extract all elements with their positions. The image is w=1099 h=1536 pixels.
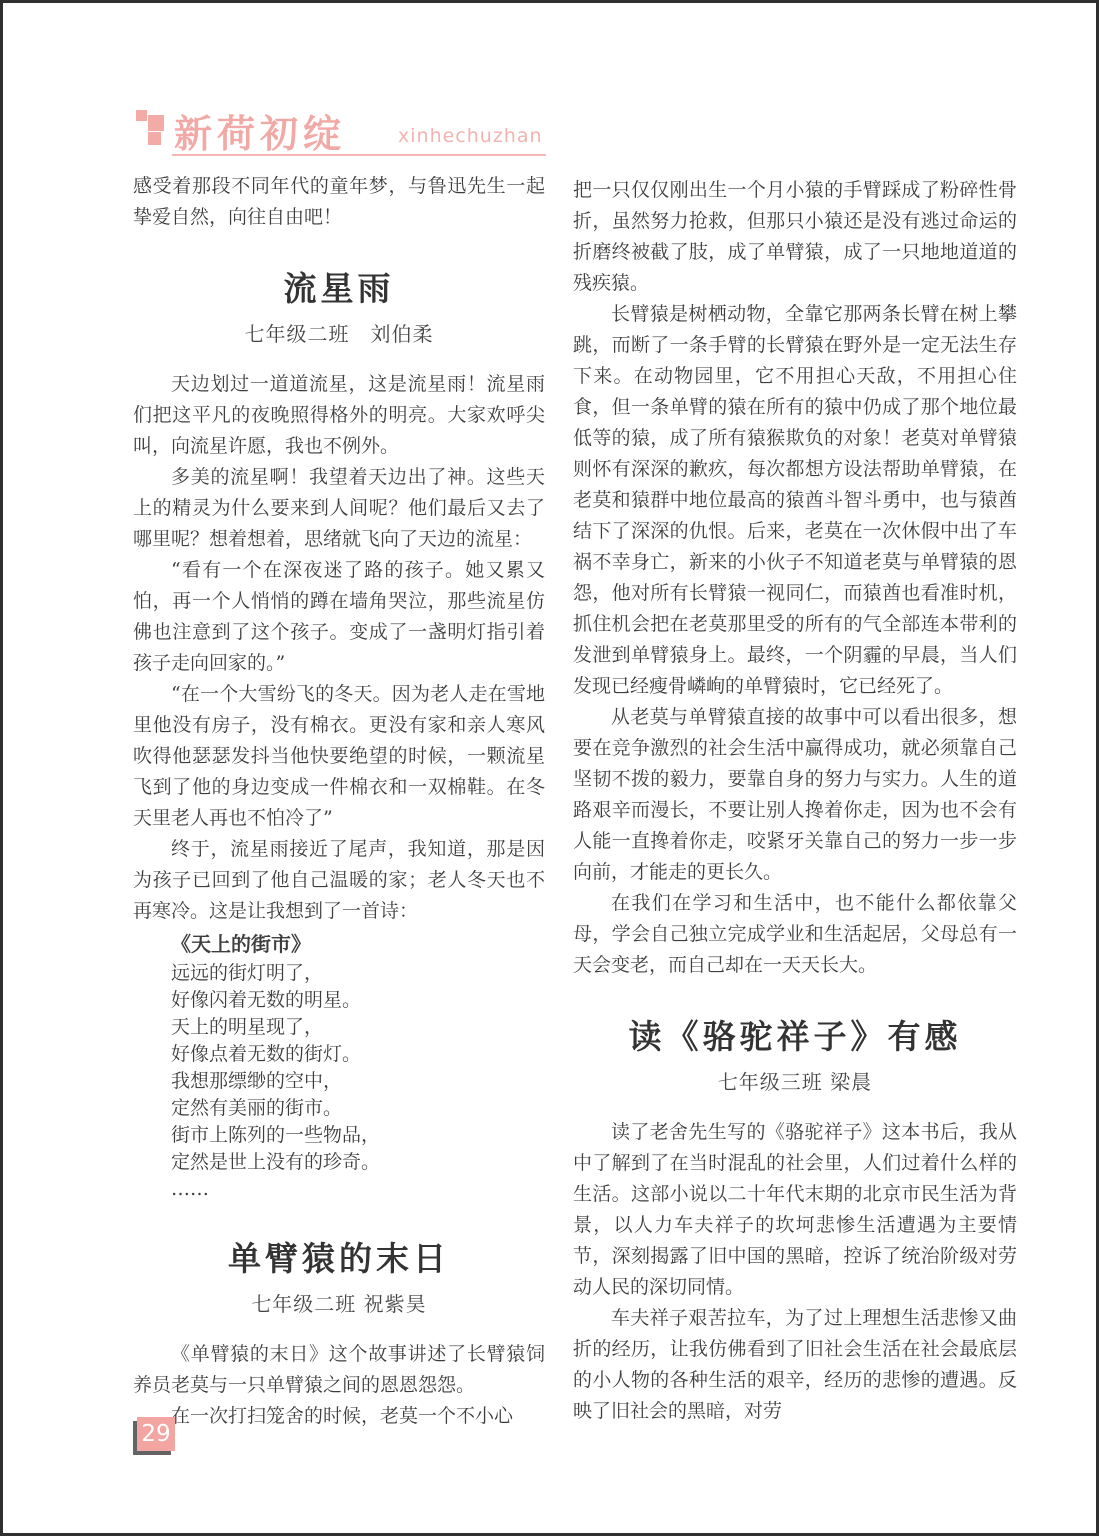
poem-title: 《天上的街市》 bbox=[171, 931, 545, 958]
article3-title: 读《骆驼祥子》有感 bbox=[573, 1015, 1017, 1059]
poem-line: 天上的明星现了， bbox=[171, 1014, 545, 1041]
logo-squares-icon bbox=[136, 107, 166, 145]
article1-byline: 七年级二班 刘伯柔 bbox=[133, 319, 545, 349]
header-title-chinese: 新荷初绽 bbox=[174, 103, 346, 158]
poem-line: 街市上陈列的一些物品， bbox=[171, 1122, 545, 1149]
continuation-paragraph: 把一只仅仅刚出生一个月小猿的手臂踩成了粉碎性骨折，虽然努力抢救，但那只小猿还是没… bbox=[573, 175, 1017, 299]
poem-line: 定然有美丽的街市。 bbox=[171, 1095, 545, 1122]
paragraph: 在一次打扫笼舍的时候，老莫一个不小心 bbox=[133, 1401, 545, 1432]
intro-continuation-paragraph: 感受着那段不同年代的童年梦，与鲁迅先生一起挚爱自然，向往自由吧！ bbox=[133, 171, 545, 233]
page-header: 新荷初绽 xinhechuzhan bbox=[136, 103, 546, 159]
header-underline bbox=[172, 154, 546, 156]
poem-block: 《天上的街市》 远远的街灯明了， 好像闪着无数的明星。 天上的明星现了， 好像点… bbox=[171, 931, 545, 1203]
paragraph: 长臂猿是树栖动物，全靠它那两条长臂在树上攀跳，而断了一条手臂的长臂猿在野外是一定… bbox=[573, 299, 1017, 702]
poem-line: 好像点着无数的街灯。 bbox=[171, 1041, 545, 1068]
paragraph: 车夫祥子艰苦拉车，为了过上理想生活悲惨又曲折的经历，让我仿佛看到了旧社会生活在社… bbox=[573, 1303, 1017, 1427]
logo-square bbox=[136, 110, 147, 121]
logo-square bbox=[148, 132, 161, 145]
magazine-page: 新荷初绽 xinhechuzhan 感受着那段不同年代的童年梦，与鲁迅先生一起挚… bbox=[0, 0, 1099, 1536]
article2-title: 单臂猿的末日 bbox=[133, 1237, 545, 1281]
poem-line: 定然是世上没有的珍奇。 bbox=[171, 1149, 545, 1176]
paragraph: 读了老舍先生写的《骆驼祥子》这本书后，我从中了解到了在当时混乱的社会里，人们过着… bbox=[573, 1117, 1017, 1303]
header-title-pinyin: xinhechuzhan bbox=[398, 125, 543, 147]
paragraph: “看有一个在深夜迷了路的孩子。她又累又怕，再一个人悄悄的蹲在墙角哭泣，那些流星仿… bbox=[133, 555, 545, 679]
article3-byline: 七年级三班 梁晨 bbox=[573, 1067, 1017, 1097]
article2-byline: 七年级二班 祝紫昊 bbox=[133, 1289, 545, 1319]
poem-line: 远远的街灯明了， bbox=[171, 960, 545, 987]
article1-title: 流星雨 bbox=[133, 267, 545, 311]
paragraph: 在我们在学习和生活中，也不能什么都依靠父母，学会自己独立完成学业和生活起居，父母… bbox=[573, 888, 1017, 981]
right-column: 把一只仅仅刚出生一个月小猿的手臂踩成了粉碎性骨折，虽然努力抢救，但那只小猿还是没… bbox=[573, 175, 1017, 1427]
paragraph: 《单臂猿的末日》这个故事讲述了长臂猿饲养员老莫与一只单臂猿之间的恩恩怨怨。 bbox=[133, 1339, 545, 1401]
left-column: 感受着那段不同年代的童年梦，与鲁迅先生一起挚爱自然，向往自由吧！ 流星雨 七年级… bbox=[133, 171, 545, 1432]
poem-line: 好像闪着无数的明星。 bbox=[171, 987, 545, 1014]
paragraph: 天边划过一道道流星，这是流星雨！流星雨们把这平凡的夜晚照得格外的明亮。大家欢呼尖… bbox=[133, 369, 545, 462]
paragraph: “在一个大雪纷飞的冬天。因为老人走在雪地里他没有房子，没有棉衣。更没有家和亲人寒… bbox=[133, 679, 545, 834]
paragraph: 从老莫与单臂猿直接的故事中可以看出很多，想要在竞争激烈的社会生活中赢得成功，就必… bbox=[573, 702, 1017, 888]
page-number-badge: 29 bbox=[137, 1417, 175, 1451]
logo-square bbox=[148, 115, 164, 131]
poem-line: 我想那缥缈的空中， bbox=[171, 1068, 545, 1095]
poem-line: …… bbox=[171, 1176, 545, 1203]
paragraph: 终于，流星雨接近了尾声，我知道，那是因为孩子已回到了他自己温暖的家；老人冬天也不… bbox=[133, 834, 545, 927]
paragraph: 多美的流星啊！我望着天边出了神。这些天上的精灵为什么要来到人间呢？他们最后又去了… bbox=[133, 462, 545, 555]
